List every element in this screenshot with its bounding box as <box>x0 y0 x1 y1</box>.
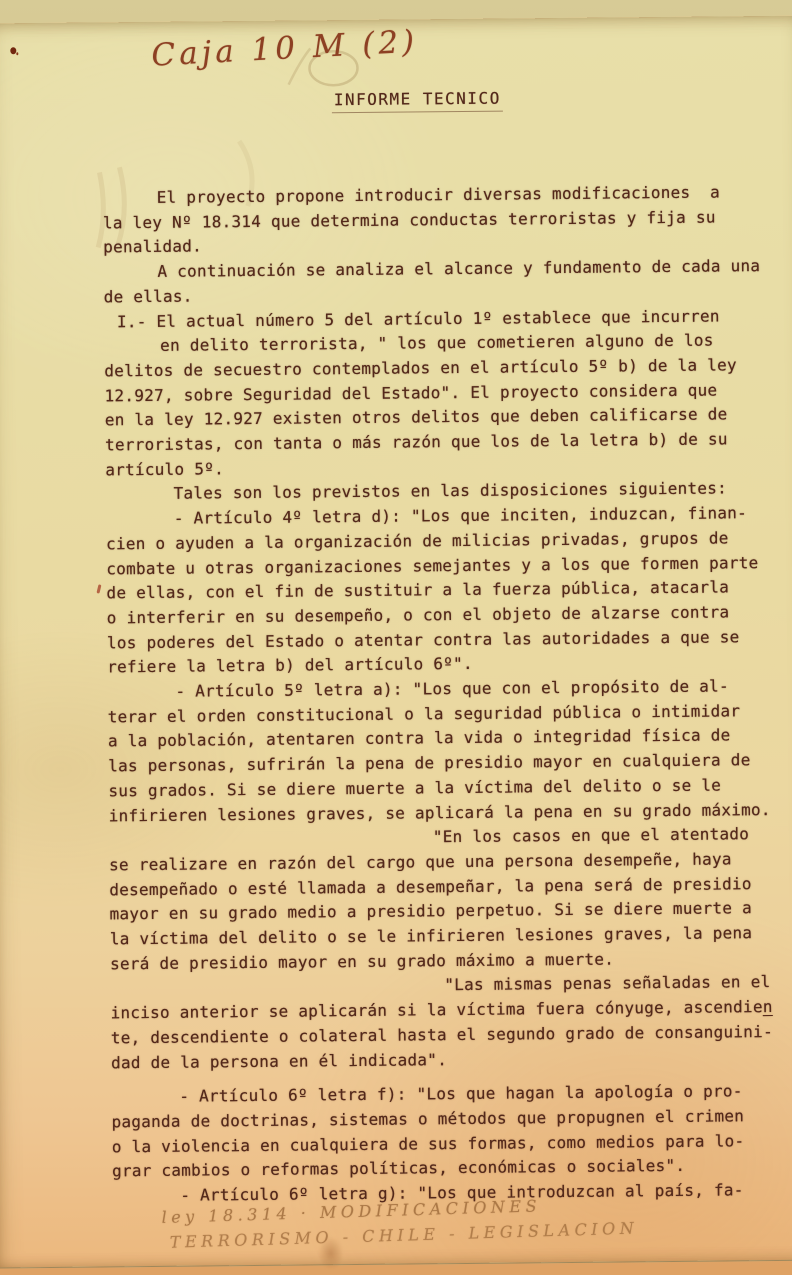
paper-smudge <box>318 1236 344 1270</box>
typed-line: o la violencia en cualquiera de sus form… <box>112 1131 745 1156</box>
typed-line: "En los casos en que el atentado <box>433 824 749 846</box>
typed-line: paganda de doctrinas, sistemas o métodos… <box>111 1106 744 1131</box>
typed-line: terar el orden constitucional o la segur… <box>108 701 741 726</box>
typed-line: la ley Nº 18.314 que determina conductas… <box>103 207 716 232</box>
scan-background: Caja 10 M (2) INFORME TECNICO El proyect… <box>0 0 792 1275</box>
typed-line: sus grados. Si se diere muerte a la víct… <box>108 775 721 800</box>
typed-line: Tales son los previstos en las disposici… <box>173 479 727 503</box>
ink-speck <box>10 47 16 54</box>
paper-sheet: Caja 10 M (2) INFORME TECNICO El proyect… <box>0 16 792 1269</box>
typed-body: El proyecto propone introducir diversas … <box>0 16 792 1268</box>
typed-line: los poderes del Estado o atentar contra … <box>107 627 740 652</box>
typed-line: en delito terrorista, " los que cometier… <box>160 331 714 355</box>
typed-line: de ellas. <box>104 286 193 306</box>
typed-line: la víctima del delito o se le infirieren… <box>110 923 753 948</box>
typed-line: inciso anterior se aplicarán si la vícti… <box>110 997 772 1022</box>
typed-line: artículo 5º. <box>105 459 224 479</box>
typed-line: infirieren lesiones graves, se aplicará … <box>109 800 771 825</box>
typed-line: será de presidio mayor en su grado máxim… <box>110 949 614 973</box>
typed-line: penalidad. <box>103 237 202 257</box>
typed-line: en la ley 12.927 existen otros delitos q… <box>105 405 728 430</box>
typed-line: te, descendiente o colateral hasta el se… <box>111 1022 773 1047</box>
typed-line: a la población, atentaren contra la vida… <box>108 726 731 751</box>
typed-line: El proyecto propone introducir diversas … <box>157 182 720 206</box>
typed-line: 12.927, sobre Seguridad del Estado". El … <box>105 380 718 405</box>
typed-line: I.- El actual número 5 del artículo 1º e… <box>117 306 720 331</box>
typed-line: - Artículo 6º letra f): "Los que hagan l… <box>179 1082 742 1106</box>
typed-line: o interferir en su desempeño, o con el o… <box>107 602 730 627</box>
typed-line: A continuación se analiza el alcance y f… <box>157 256 760 281</box>
typed-line: - Artículo 4º letra d): "Los que inciten… <box>174 503 747 528</box>
typed-line: cien o ayuden a la organización de milic… <box>106 528 729 553</box>
typed-line: delitos de secuestro contemplados en el … <box>104 355 737 380</box>
typed-line: las personas, sufrirán la pena de presid… <box>108 750 751 775</box>
typed-line: grar cambios o reformas políticas, econó… <box>112 1156 685 1181</box>
typed-line: dad de la persona en él indicada". <box>111 1050 447 1072</box>
typed-line: de ellas, con el fin de sustituir a la f… <box>106 578 729 603</box>
typed-line: "Las mismas penas señaladas en el <box>444 972 770 994</box>
typed-line: mayor en su grado medio a presidio perpe… <box>110 899 753 924</box>
typed-line: refiere la letra b) del artículo 6º". <box>107 654 473 677</box>
typed-line: terroristas, con tanta o más razón que l… <box>105 429 728 454</box>
typed-line: se realizare en razón del cargo que una … <box>109 849 732 874</box>
typed-line: combate u otras organizaciones semejante… <box>106 553 758 578</box>
typed-line: desempeñado o esté llamada a desempeñar,… <box>109 874 752 899</box>
typed-line: - Artículo 5º letra a): "Los que con el … <box>175 676 729 700</box>
